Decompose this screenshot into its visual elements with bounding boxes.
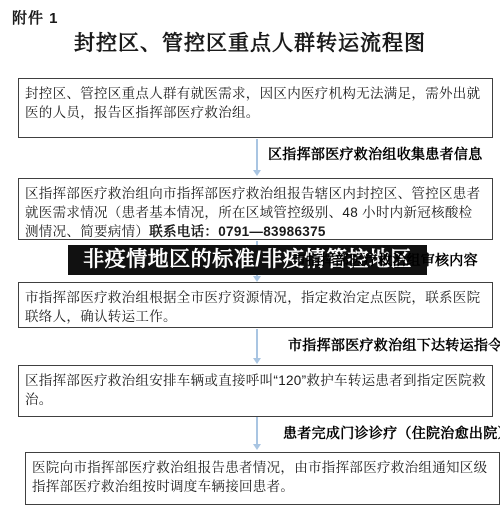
arrow-head-icon: [253, 170, 261, 176]
flow-box-city-designate: 市指挥部医疗救治组根据全市医疗资源情况，指定救治定点医院，联系医院联络人，确认转…: [18, 282, 493, 328]
flow-box-district-transfer: 区指挥部医疗救治组安排车辆或直接呼叫“120”救护车转运患者到指定医院救治。: [18, 365, 493, 417]
flow-box-city-designate-text: 市指挥部医疗救治组根据全市医疗资源情况，指定救治定点医院，联系医院联络人，确认转…: [25, 290, 480, 324]
document-page: 附件 1 封控区、管控区重点人群转运流程图 封控区、管控区重点人群有就医需求，因…: [0, 0, 500, 513]
arrow-label-transfer-order: 市指挥部医疗救治组下达转运指令: [288, 335, 500, 355]
arrow-label-city-review: 市指挥部医疗救治组审核内容: [292, 250, 478, 270]
flow-box-district-transfer-text: 区指挥部医疗救治组安排车辆或直接呼叫“120”救护车转运患者到指定医院救治。: [25, 373, 486, 407]
flow-box-report-need-text: 封控区、管控区重点人群有就医需求，因区内医疗机构无法满足，需外出就医的人员，报告…: [25, 86, 480, 120]
flow-box-contact-phone: 联系电话：0791—83986375: [149, 224, 326, 239]
flow-box-district-report: 区指挥部医疗救治组向市指挥部医疗救治组报告辖区内封控区、管控区患者就医需求情况（…: [18, 178, 493, 240]
flow-box-hospital-return: 医院向市指挥部医疗救治组报告患者情况，由市指挥部医疗救治组通知区级指挥部医疗救治…: [25, 452, 500, 505]
flow-arrow-3: [256, 329, 258, 358]
arrow-head-icon: [253, 276, 261, 282]
page-title: 封控区、管控区重点人群转运流程图: [0, 27, 500, 57]
flow-box-report-need: 封控区、管控区重点人群有就医需求，因区内医疗机构无法满足，需外出就医的人员，报告…: [18, 78, 493, 138]
arrow-head-icon: [253, 444, 261, 450]
arrow-label-collect-info: 区指挥部医疗救治组收集患者信息: [268, 144, 483, 164]
arrow-head-icon: [253, 358, 261, 364]
attachment-label: 附件 1: [12, 7, 59, 28]
arrow-label-treatment-complete: 患者完成门诊诊疗（住院治愈出院）: [283, 423, 500, 443]
flow-arrow-1: [256, 139, 258, 170]
flow-arrow-4: [256, 417, 258, 444]
flow-box-hospital-return-text: 医院向市指挥部医疗救治组报告患者情况，由市指挥部医疗救治组通知区级指挥部医疗救治…: [32, 460, 487, 494]
